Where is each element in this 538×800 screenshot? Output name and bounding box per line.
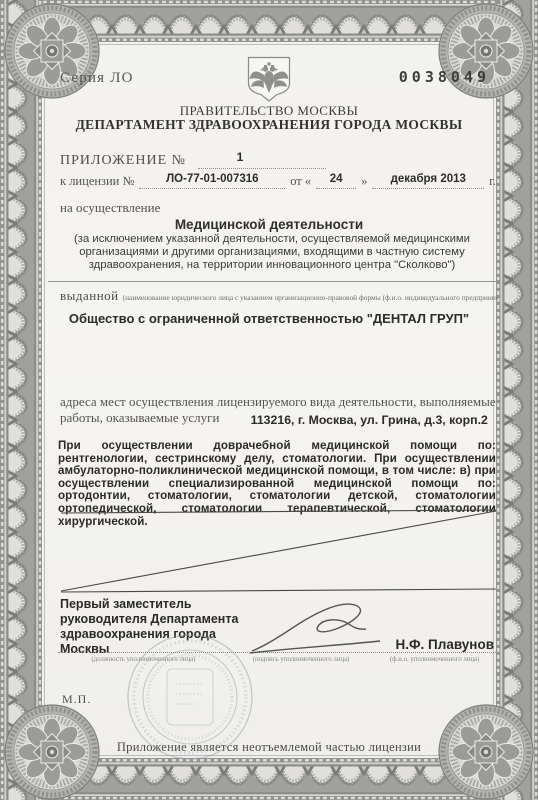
signatory-name: Н.Ф. Плавунов [396,637,494,652]
signature-captions: (должность уполномоченного лица) (подпис… [58,656,496,663]
appendix-number-value: 1 [237,151,288,168]
caption-name: (ф.и.о. уполномоченного лица) [373,656,496,663]
license-month-field: декабря 2013 [372,170,484,189]
license-row: к лицензии № ЛО-77-01-007316 от « 24 » д… [60,170,496,189]
issued-row: выданной (наименование юридического лица… [60,287,498,305]
license-year-suffix: г. [489,174,496,189]
license-from-close: » [361,174,367,189]
appendix-number-row: ПРИЛОЖЕНИЕ № 1 [60,146,326,169]
section-rule [48,281,496,282]
organization-name: Общество с ограниченной ответственностью… [0,311,538,326]
addresses-block: адреса мест осуществления лицензируемого… [60,394,500,426]
license-number-field: ЛО-77-01-007316 [139,170,285,189]
license-appendix-document: Серия ЛО 0038049 ПРАВИТЕЛЬСТВО МОСКВЫ ДЕ… [0,0,538,800]
appendix-number-field: 1 [198,146,326,169]
appendix-label: ПРИЛОЖЕНИЕ № [60,153,198,169]
coat-of-arms-icon [247,56,291,102]
address-value: 113216, г. Москва, ул. Грина, д.3, корп.… [251,413,488,427]
signatory-position: Первый заместитель руководителя Департам… [60,597,266,657]
permitted-works-text: При осуществлении доврачебной медицинско… [58,440,496,528]
footer-note: Приложение является неотъемлемой частью … [0,740,538,755]
issued-label: выданной [60,288,119,303]
series-label: Серия ЛО [60,70,134,87]
serial-number: 0038049 [399,68,490,86]
activity-intro: на осуществление [60,200,160,216]
department-title: ДЕПАРТАМЕНТ ЗДРАВООХРАНЕНИЯ ГОРОДА МОСКВ… [0,117,538,133]
license-day-value: 24 [330,174,343,189]
license-label: к лицензии № [60,174,134,189]
license-month-value: декабря 2013 [391,174,466,189]
caption-sign: (подпись уполномоченного лица) [229,656,374,663]
caption-position: (должность уполномоченного лица) [58,656,229,663]
activity-title: Медицинской деятельности [0,217,538,232]
issued-caption: (наименование юридического лица с указан… [123,293,498,302]
license-number-value: ЛО-77-01-007316 [166,174,258,189]
signature-rule [58,652,496,653]
activity-note: (за исключением указанной деятельности, … [46,233,498,272]
stamp-place-mark: М.П. [62,692,91,707]
license-day-field: 24 [316,170,356,189]
license-from-open: от « [290,174,311,189]
